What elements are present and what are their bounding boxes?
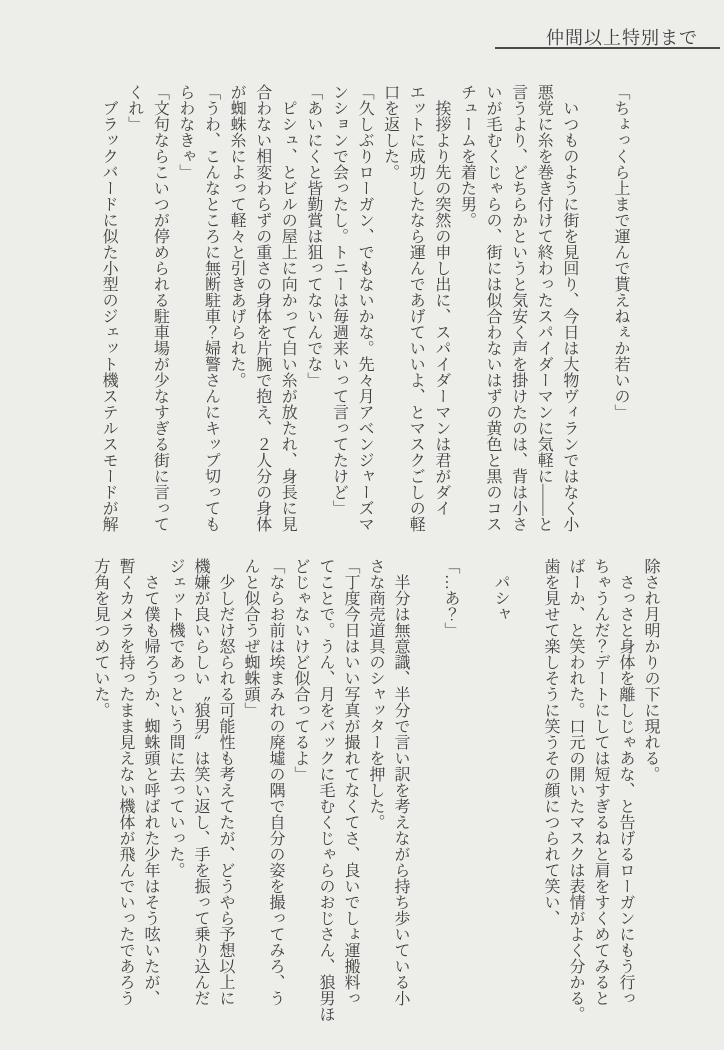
- text-line: 半分は無意識、半分で言い訳を考えながら持ち歩いている小: [388, 558, 413, 1022]
- text-line: さっさと身体を離しじゃあな、と告げるローガンにもう行っ: [613, 558, 638, 1022]
- text-line: が蜘蛛糸によって軽々と引きあげられた。: [224, 84, 250, 532]
- text-line: らわなきゃ」: [172, 84, 198, 532]
- text-line: さな商売道具のシャッターを押した。: [363, 558, 388, 1022]
- top-text-block: 「ちょっくら上まで運んで貰えねぇか若いの」 いつものように街を見回り、今日は大物…: [96, 84, 633, 532]
- text-line: 挨拶より先の突然の申し出に、スパイダーマンは君がダイ: [428, 84, 454, 532]
- text-line: 少しだけ怒られる可能性も考えてたが、どうやら予想以上に: [213, 558, 238, 1022]
- text-line: パシャ: [488, 558, 513, 1022]
- header-underline: [495, 47, 720, 49]
- novel-page: 仲間以上特別まで 「ちょっくら上まで運んで貰えねぇか若いの」 いつものように街を…: [0, 0, 724, 1050]
- text-line: ンションで会ったし。トニーは毎週来いって言ってたけど」: [326, 84, 352, 532]
- text-line: いが毛むくじゃらの、街には似合わないはずの黄色と黒のコス: [479, 84, 505, 532]
- text-line: くれ」: [121, 84, 147, 532]
- text-line: 「ならお前は埃まみれの廃墟の隅で自分の姿を撮ってみろ、う: [263, 558, 288, 1022]
- text-line: エットに成功したなら運んであげていいよ、とマスクごしの軽: [403, 84, 429, 532]
- text-line: 言うより、どちらかというと気安く声を掛けたのは、背は小さ: [505, 84, 531, 532]
- text-line: ピシュ、とビルの屋上に向かって白い糸が放たれ、身長に見: [275, 84, 301, 532]
- text-line: 「うわ、こんなところに無断駐車？婦警さんにキップ切っても: [198, 84, 224, 532]
- text-line: 「久しぶりローガン、でもないかな。先々月アベンジャーズマ: [351, 84, 377, 532]
- blank-line: [463, 558, 488, 1022]
- text-line: 「文句ならこいつが停められる駐車場が少なすぎる街に言って: [147, 84, 173, 532]
- text-line: 方角を見つめていた。: [88, 558, 113, 1022]
- text-line: 除され月明かりの下に現れる。: [638, 558, 663, 1022]
- text-line: てことで。うん、月をバックに毛むくじゃらのおじさん、狼男ほ: [313, 558, 338, 1022]
- text-line: んと似合うぜ蜘蛛頭」: [238, 558, 263, 1022]
- blank-line: [513, 558, 538, 1022]
- text-line: さて僕も帰ろうか、蜘蛛頭と呼ばれた少年はそう呟いたが、: [138, 558, 163, 1022]
- text-line: 暫くカメラを持ったまま見えない機体が飛んでいったであろう: [113, 558, 138, 1022]
- text-line: 悪党に糸を巻き付けて終わったスパイダーマンに気軽に――と: [531, 84, 557, 532]
- text-line: 合わない相変わらずの重さの身体を片腕で抱え、２人分の身体: [249, 84, 275, 532]
- text-line: どじゃないけど似合ってるよ」: [288, 558, 313, 1022]
- text-line: 「丁度今日はいい写真が撮れてなくてさ、良いでしょ運搬料っ: [338, 558, 363, 1022]
- bottom-text-block: 除され月明かりの下に現れる。 さっさと身体を離しじゃあな、と告げるローガンにもう…: [88, 558, 663, 1022]
- text-line: ブラックバードに似た小型のジェット機ステルスモードが解: [96, 84, 122, 532]
- text-line: 「…あ？」: [438, 558, 463, 1022]
- text-line: 「ちょっくら上まで運んで貰えねぇか若いの」: [607, 84, 633, 532]
- text-line: ちゃうんだ？デートにしては短すぎるねと肩をすくめてみると: [588, 558, 613, 1022]
- blank-line: [413, 558, 438, 1022]
- text-line: 機嫌が良いらしい〝狼男〟は笑い返し、手を振って乗り込んだ: [188, 558, 213, 1022]
- text-line: 口を返した。: [377, 84, 403, 532]
- text-line: 「あいにくと皆勤賞は狙ってないんでな」: [300, 84, 326, 532]
- text-line: ジェット機であっという間に去っていった。: [163, 558, 188, 1022]
- text-line: チュームを着た男。: [454, 84, 480, 532]
- text-line: ばーか、と笑われた。口元の開いたマスクは表情がよく分かる。: [563, 558, 588, 1022]
- blank-line: [582, 84, 608, 532]
- text-line: いつものように街を見回り、今日は大物ヴィランではなく小: [556, 84, 582, 532]
- text-line: 歯を見せて楽しそうに笑うその顔につられて笑い、: [538, 558, 563, 1022]
